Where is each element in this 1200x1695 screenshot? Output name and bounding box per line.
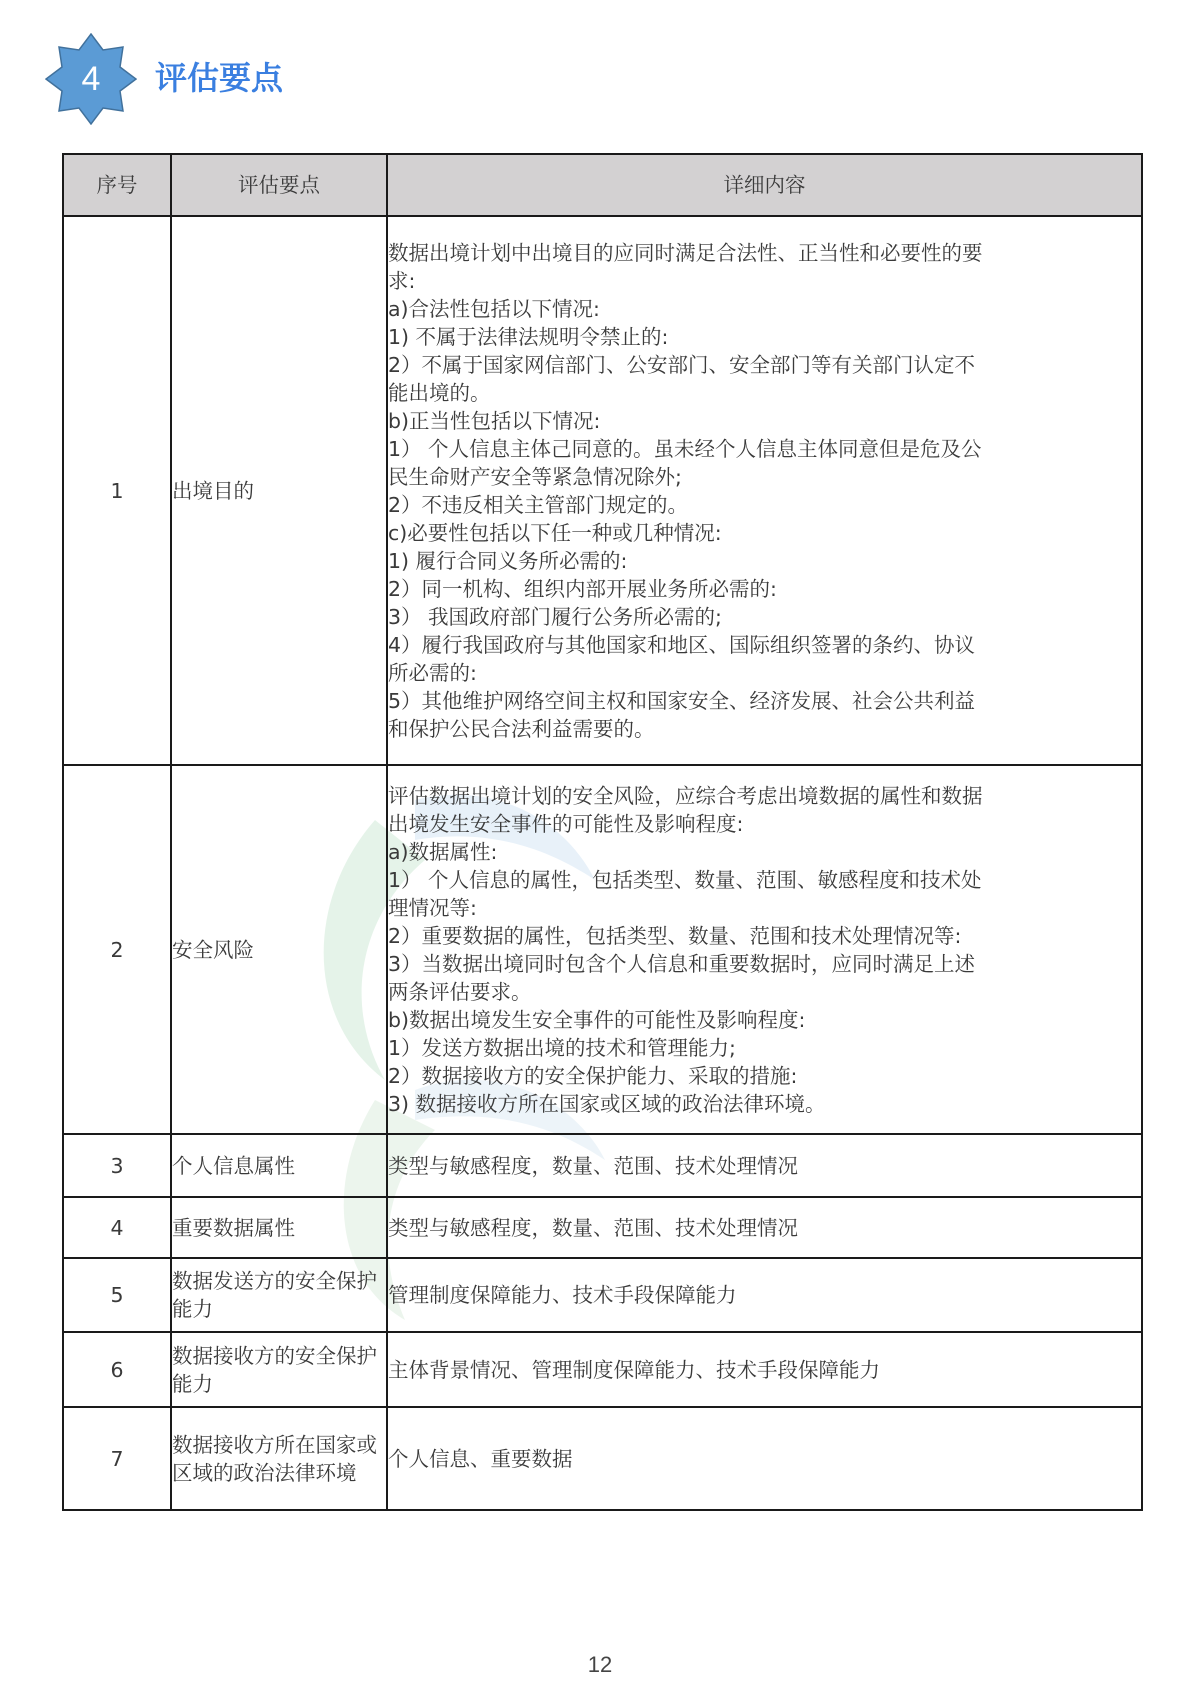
- table-header-row: 序号 评估要点 详细内容: [63, 154, 1142, 216]
- detail-line: 求:: [388, 267, 1141, 295]
- detail-line: 2）重要数据的属性，包括类型、数量、范围和技术处理情况等:: [388, 922, 1141, 950]
- row-detail: 个人信息、重要数据: [387, 1407, 1142, 1510]
- row-number: 3: [63, 1134, 171, 1197]
- detail-line: 3） 我国政府部门履行公务所必需的;: [388, 603, 1141, 631]
- table-row: 2 安全风险 评估数据出境计划的安全风险，应综合考虑出境数据的属性和数据 出境发…: [63, 765, 1142, 1134]
- row-detail: 主体背景情况、管理制度保障能力、技术手段保障能力: [387, 1332, 1142, 1407]
- row-detail: 评估数据出境计划的安全风险，应综合考虑出境数据的属性和数据 出境发生安全事件的可…: [387, 765, 1142, 1134]
- detail-line: 1) 不属于法律法规明令禁止的:: [388, 323, 1141, 351]
- star-badge-icon: 4: [45, 33, 137, 125]
- row-number: 4: [63, 1197, 171, 1258]
- detail-line: 4）履行我国政府与其他国家和地区、国际组织签署的条约、协议: [388, 631, 1141, 659]
- detail-line: 数据出境计划中出境目的应同时满足合法性、正当性和必要性的要: [388, 239, 1141, 267]
- detail-line: 1） 个人信息主体己同意的。虽未经个人信息主体同意但是危及公: [388, 435, 1141, 463]
- detail-line: b)正当性包括以下情况:: [388, 407, 1141, 435]
- table-row: 4 重要数据属性 类型与敏感程度，数量、范围、技术处理情况: [63, 1197, 1142, 1258]
- table-row: 6 数据接收方的安全保护能力 主体背景情况、管理制度保障能力、技术手段保障能力: [63, 1332, 1142, 1407]
- section-title: 评估要点: [155, 55, 283, 101]
- row-eval-point: 安全风险: [171, 765, 387, 1134]
- row-detail: 类型与敏感程度，数量、范围、技术处理情况: [387, 1134, 1142, 1197]
- detail-line: a)合法性包括以下情况:: [388, 295, 1141, 323]
- evaluation-table: 序号 评估要点 详细内容 1 出境目的 数据出境计划中出境目的应同时满足合法性、…: [62, 153, 1143, 1511]
- detail-line: 评估数据出境计划的安全风险，应综合考虑出境数据的属性和数据: [388, 782, 1141, 810]
- detail-line: a)数据属性:: [388, 838, 1141, 866]
- detail-line: 5）其他维护网络空间主权和国家安全、经济发展、社会公共利益: [388, 687, 1141, 715]
- section-number: 4: [45, 33, 137, 125]
- detail-line: 民生命财产安全等紧急情况除外;: [388, 463, 1141, 491]
- row-eval-point: 重要数据属性: [171, 1197, 387, 1258]
- detail-line: 1） 个人信息的属性，包括类型、数量、范围、敏感程度和技术处: [388, 866, 1141, 894]
- detail-line: 2）不违反相关主管部门规定的。: [388, 491, 1141, 519]
- row-eval-point: 数据接收方所在国家或区域的政治法律环境: [171, 1407, 387, 1510]
- table-row: 1 出境目的 数据出境计划中出境目的应同时满足合法性、正当性和必要性的要 求: …: [63, 216, 1142, 765]
- row-number: 5: [63, 1258, 171, 1332]
- row-detail: 类型与敏感程度，数量、范围、技术处理情况: [387, 1197, 1142, 1258]
- row-number: 6: [63, 1332, 171, 1407]
- detail-line: b)数据出境发生安全事件的可能性及影响程度:: [388, 1006, 1141, 1034]
- row-number: 7: [63, 1407, 171, 1510]
- detail-line: c)必要性包括以下任一种或几种情况:: [388, 519, 1141, 547]
- table-row: 7 数据接收方所在国家或区域的政治法律环境 个人信息、重要数据: [63, 1407, 1142, 1510]
- header-detail: 详细内容: [387, 154, 1142, 216]
- row-number: 1: [63, 216, 171, 765]
- row-eval-point: 数据接收方的安全保护能力: [171, 1332, 387, 1407]
- row-detail: 数据出境计划中出境目的应同时满足合法性、正当性和必要性的要 求: a)合法性包括…: [387, 216, 1142, 765]
- header-serial: 序号: [63, 154, 171, 216]
- detail-line: 3) 数据接收方所在国家或区域的政治法律环境。: [388, 1090, 1141, 1118]
- row-eval-point: 个人信息属性: [171, 1134, 387, 1197]
- detail-line: 两条评估要求。: [388, 978, 1141, 1006]
- table-row: 5 数据发送方的安全保护能力 管理制度保障能力、技术手段保障能力: [63, 1258, 1142, 1332]
- row-eval-point: 数据发送方的安全保护能力: [171, 1258, 387, 1332]
- detail-line: 3）当数据出境同时包含个人信息和重要数据时，应同时满足上述: [388, 950, 1141, 978]
- detail-line: 2）不属于国家网信部门、公安部门、安全部门等有关部门认定不: [388, 351, 1141, 379]
- detail-line: 和保护公民合法利益需要的。: [388, 715, 1141, 743]
- detail-line: 理情况等:: [388, 894, 1141, 922]
- detail-line: 能出境的。: [388, 379, 1141, 407]
- detail-line: 1) 履行合同义务所必需的:: [388, 547, 1141, 575]
- detail-line: 1）发送方数据出境的技术和管理能力;: [388, 1034, 1141, 1062]
- detail-line: 所必需的:: [388, 659, 1141, 687]
- row-number: 2: [63, 765, 171, 1134]
- detail-line: 出境发生安全事件的可能性及影响程度:: [388, 810, 1141, 838]
- table-row: 3 个人信息属性 类型与敏感程度，数量、范围、技术处理情况: [63, 1134, 1142, 1197]
- detail-line: 2）数据接收方的安全保护能力、采取的措施:: [388, 1062, 1141, 1090]
- row-eval-point: 出境目的: [171, 216, 387, 765]
- page-number: 12: [0, 1652, 1200, 1678]
- detail-line: 2）同一机构、组织内部开展业务所必需的:: [388, 575, 1141, 603]
- header-eval-point: 评估要点: [171, 154, 387, 216]
- row-detail: 管理制度保障能力、技术手段保障能力: [387, 1258, 1142, 1332]
